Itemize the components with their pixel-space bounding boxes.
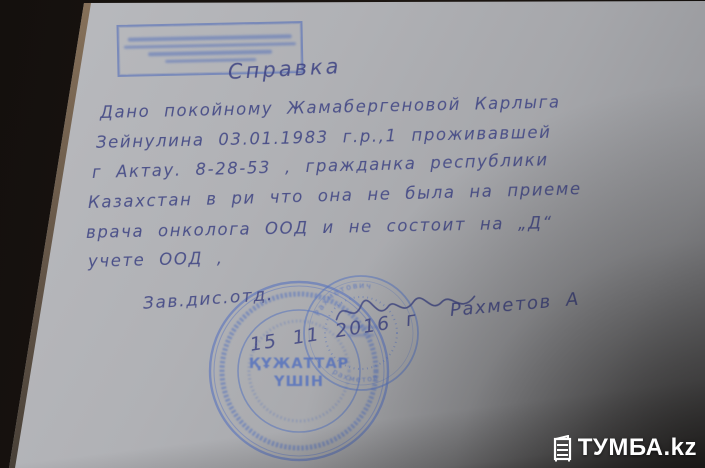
- stamp-text-line: [124, 42, 295, 49]
- photo-of-document: Справка Дано покойному Жамабергеновой Ка…: [0, 0, 705, 468]
- watermark-label: ТУМБА.kz: [578, 434, 697, 462]
- body-line-6: учете ООД ,: [88, 248, 224, 271]
- stamp-arc-text-bottom: рахметов: [331, 367, 380, 384]
- tumba-logo-icon: [552, 435, 574, 462]
- svg-text:рахметов: рахметов: [331, 367, 380, 384]
- stamp-text-line: [148, 50, 272, 56]
- stamp-text-line: [128, 34, 292, 41]
- watermark: ТУМБА.kz: [552, 434, 697, 462]
